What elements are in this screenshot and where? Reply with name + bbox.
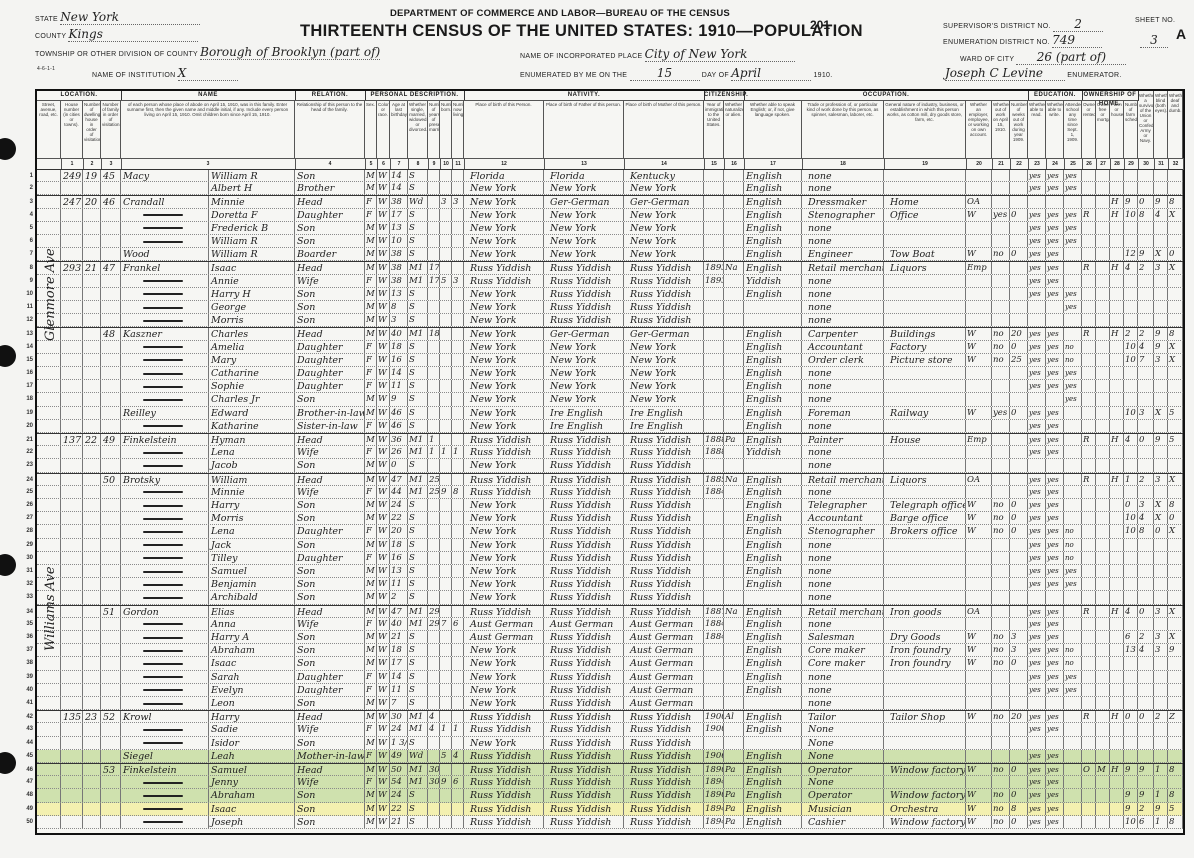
cell-pob: New York (464, 380, 544, 392)
cell-dwell (83, 209, 101, 221)
cell-pob: New York (464, 565, 544, 577)
cell-c31: X (1154, 248, 1168, 260)
county-label: County (35, 33, 66, 40)
cell-given: Jacob (209, 459, 295, 471)
cell-farm (1110, 671, 1124, 683)
cell-farm (1110, 803, 1124, 815)
cell-sex: M (365, 606, 377, 617)
column-header-nat: Whether naturalized or alien. (724, 100, 744, 158)
cell-surname (121, 578, 209, 590)
cell-mpob: Russ Yiddish (624, 539, 704, 551)
cell-sched (1124, 380, 1138, 392)
cell-write: yes (1046, 671, 1064, 683)
line-number: 39 (15, 671, 33, 684)
enumerated-day: 15 (630, 66, 700, 81)
cell-wks (1010, 459, 1028, 471)
cell-c31 (1154, 723, 1168, 735)
line-number: 36 (15, 631, 33, 644)
cell-eng (744, 314, 802, 326)
cell-read: yes (1028, 486, 1046, 498)
cell-ym (428, 380, 440, 392)
cell-nat (724, 393, 744, 405)
cell-born (440, 565, 452, 577)
cell-ind (884, 737, 966, 749)
cell-living (452, 671, 464, 683)
cell-imm (704, 170, 724, 181)
cell-rel: Son (295, 301, 365, 313)
cell-surname (121, 301, 209, 313)
cell-pob: Aust German (464, 618, 544, 630)
cell-imm (704, 565, 724, 577)
cell-own (1082, 539, 1096, 551)
cell-c31 (1154, 288, 1168, 300)
cell-born: 1 (440, 446, 452, 458)
cell-dwell (83, 248, 101, 260)
cell-emp: W (966, 789, 992, 801)
cell-fam (101, 644, 121, 656)
cell-sex: F (365, 341, 377, 353)
cell-write: yes (1046, 539, 1064, 551)
cell-read (1028, 459, 1046, 471)
ditto-mark (143, 399, 183, 401)
cell-emp: W (966, 328, 992, 339)
cell-emp (966, 446, 992, 458)
cell-house (61, 684, 83, 696)
cell-wks (1010, 235, 1028, 247)
cell-ym (428, 420, 440, 432)
cell-fam: 45 (101, 170, 121, 181)
cell-mpob: Russ Yiddish (624, 776, 704, 788)
cell-wks (1010, 539, 1028, 551)
cell-nat (724, 328, 744, 339)
cell-given: William (209, 474, 295, 485)
cell-emp: W (966, 803, 992, 815)
cell-given: Morris (209, 314, 295, 326)
cell-sex: F (365, 671, 377, 683)
cell-surname: Krowl (121, 711, 209, 722)
cell-farm (1110, 314, 1124, 326)
cell-born (440, 512, 452, 524)
cell-eng: English (744, 539, 802, 551)
cell-age: 18 (390, 539, 408, 551)
cell-age: 46 (390, 407, 408, 419)
cell-free (1096, 209, 1110, 221)
cell-oow (992, 552, 1010, 564)
cell-imm (704, 182, 724, 194)
cell-sex: F (365, 684, 377, 696)
cell-sex: F (365, 776, 377, 788)
cell-ms: M1 (408, 474, 428, 485)
cell-race: W (377, 803, 390, 815)
cell-born (440, 697, 452, 709)
cell-surname: Finkelstein (121, 434, 209, 445)
cell-ms: S (408, 803, 428, 815)
cell-rel: Son (295, 222, 365, 234)
cell-fam (101, 565, 121, 577)
cell-race: W (377, 631, 390, 643)
cell-emp (966, 737, 992, 749)
cell-given: Jack (209, 539, 295, 551)
cell-pob: Aust German (464, 631, 544, 643)
cell-born (440, 407, 452, 419)
cell-write (1046, 697, 1064, 709)
cell-c31: 0 (1154, 525, 1168, 537)
cell-rel: Daughter (295, 354, 365, 366)
table-row: 36Harry ASonMW21SAust GermanRuss Yiddish… (37, 631, 1183, 644)
ditto-mark (143, 307, 183, 309)
cell-oow: no (992, 354, 1010, 366)
cell-free (1096, 354, 1110, 366)
cell-c30 (1138, 367, 1154, 379)
cell-surname: Reilley (121, 407, 209, 419)
cell-mpob: Aust German (624, 657, 704, 669)
cell-fam (101, 723, 121, 735)
table-row: 421352352KrowlHarryHeadMW30M14Russ Yiddi… (37, 710, 1183, 723)
cell-c31 (1154, 170, 1168, 181)
cell-living (452, 578, 464, 590)
cell-c32 (1168, 578, 1183, 590)
cell-race: W (377, 248, 390, 260)
cell-read (1028, 301, 1046, 313)
cell-age: 22 (390, 512, 408, 524)
cell-street (37, 209, 61, 221)
cell-sched (1124, 446, 1138, 458)
ditto-mark (143, 293, 183, 295)
cell-write: yes (1046, 380, 1064, 392)
cell-dwell (83, 750, 101, 762)
cell-dwell: 23 (83, 711, 101, 722)
cell-oow: no (992, 525, 1010, 537)
cell-free (1096, 631, 1110, 643)
cell-free (1096, 525, 1110, 537)
cell-fam (101, 750, 121, 762)
cell-surname (121, 591, 209, 603)
cell-c32 (1168, 182, 1183, 194)
cell-nat (724, 248, 744, 260)
cell-nat (724, 170, 744, 181)
cell-own (1082, 723, 1096, 735)
cell-age: 16 (390, 552, 408, 564)
cell-farm (1110, 275, 1124, 287)
cell-nat: Pa (724, 764, 744, 775)
column-header-sex: Sex. (365, 100, 377, 158)
cell-ym (428, 525, 440, 537)
cell-ms: S (408, 591, 428, 603)
cell-given: Tilley (209, 552, 295, 564)
cell-wks (1010, 222, 1028, 234)
cell-surname (121, 565, 209, 577)
cell-c32: 8 (1168, 764, 1183, 775)
cell-c30 (1138, 380, 1154, 392)
cell-read: yes (1028, 525, 1046, 537)
cell-nat (724, 486, 744, 498)
cell-free (1096, 606, 1110, 617)
cell-living: 3 (452, 275, 464, 287)
cell-rel: Head (295, 196, 365, 207)
cell-fam (101, 803, 121, 815)
cell-age: 21 (390, 816, 408, 828)
cell-ms: S (408, 182, 428, 194)
cell-c32: X (1168, 341, 1183, 353)
cell-sched (1124, 737, 1138, 749)
cell-own (1082, 486, 1096, 498)
cell-emp: W (966, 657, 992, 669)
cell-c32 (1168, 486, 1183, 498)
cell-race: W (377, 393, 390, 405)
line-number: 13 (15, 328, 33, 341)
cell-ym: 1 (428, 446, 440, 458)
cell-read: yes (1028, 341, 1046, 353)
cell-living (452, 552, 464, 564)
cell-pob: New York (464, 182, 544, 194)
cell-pob: New York (464, 539, 544, 551)
cell-write: yes (1046, 407, 1064, 419)
cell-rel: Son (295, 657, 365, 669)
cell-ym (428, 816, 440, 828)
cell-born (440, 789, 452, 801)
cell-eng: English (744, 552, 802, 564)
cell-sex: M (365, 262, 377, 273)
cell-eng: English (744, 262, 802, 273)
cell-own (1082, 671, 1096, 683)
table-row: 23JacobSonMW0SNew YorkRuss YiddishRuss Y… (37, 459, 1183, 472)
cell-age: 49 (390, 750, 408, 762)
cell-dwell (83, 328, 101, 339)
cell-house (61, 248, 83, 260)
cell-house (61, 816, 83, 828)
cell-ms: M1 (408, 618, 428, 630)
cell-ym (428, 697, 440, 709)
cell-read (1028, 393, 1046, 405)
cell-race: W (377, 618, 390, 630)
cell-wks: 0 (1010, 764, 1028, 775)
cell-house (61, 222, 83, 234)
cell-rel: Mother-in-law (295, 750, 365, 762)
cell-house (61, 486, 83, 498)
cell-free (1096, 684, 1110, 696)
cell-c31: 9 (1154, 196, 1168, 207)
cell-sch (1064, 512, 1082, 524)
column-header-born: Number born. (440, 100, 452, 158)
cell-sch (1064, 816, 1082, 828)
cell-emp (966, 697, 992, 709)
cell-c30 (1138, 314, 1154, 326)
cell-ym (428, 671, 440, 683)
cell-write: yes (1046, 288, 1064, 300)
cell-wks: 0 (1010, 499, 1028, 511)
cell-sex: M (365, 328, 377, 339)
cell-sched (1124, 222, 1138, 234)
cell-sched (1124, 565, 1138, 577)
cell-fam (101, 499, 121, 511)
cell-c30 (1138, 552, 1154, 564)
cell-fpob: Russ Yiddish (544, 591, 624, 603)
ditto-mark (143, 821, 183, 823)
cell-farm (1110, 182, 1124, 194)
cell-imm (704, 512, 724, 524)
cell-born (440, 631, 452, 643)
ward-value: 26 (part of) (1016, 50, 1126, 65)
cell-sex: M (365, 737, 377, 749)
cell-living (452, 539, 464, 551)
cell-ym (428, 750, 440, 762)
cell-c32 (1168, 170, 1183, 181)
cell-ind: Window factory (884, 764, 966, 775)
cell-ind (884, 170, 966, 181)
cell-mpob: Russ Yiddish (624, 486, 704, 498)
line-number: 21 (15, 434, 33, 447)
cell-sex: M (365, 248, 377, 260)
cell-race: W (377, 341, 390, 353)
cell-born (440, 354, 452, 366)
cell-dwell (83, 737, 101, 749)
cell-rel: Daughter (295, 684, 365, 696)
cell-race: W (377, 578, 390, 590)
cell-fam (101, 539, 121, 551)
cell-mpob: Aust German (624, 631, 704, 643)
cell-trade: none (802, 591, 884, 603)
cell-dwell (83, 816, 101, 828)
cell-age: 0 (390, 459, 408, 471)
cell-ms: S (408, 301, 428, 313)
cell-fam (101, 222, 121, 234)
cell-fpob: Russ Yiddish (544, 631, 624, 643)
cell-ms: S (408, 737, 428, 749)
cell-race: W (377, 723, 390, 735)
cell-sch (1064, 618, 1082, 630)
cell-farm (1110, 578, 1124, 590)
cell-ym (428, 248, 440, 260)
cell-sex: F (365, 354, 377, 366)
cell-house: 135 (61, 711, 83, 722)
cell-own (1082, 170, 1096, 181)
cell-write: yes (1046, 512, 1064, 524)
cell-read (1028, 697, 1046, 709)
cell-mpob: Russ Yiddish (624, 737, 704, 749)
cell-ms: S (408, 578, 428, 590)
cell-dwell (83, 354, 101, 366)
cell-wks: 3 (1010, 644, 1028, 656)
enumerator-name: Joseph C Levine (945, 66, 1065, 81)
cell-born (440, 380, 452, 392)
line-number: 29 (15, 539, 33, 552)
cell-given: Harry H (209, 288, 295, 300)
cell-wks: 20 (1010, 328, 1028, 339)
line-number: 26 (15, 499, 33, 512)
cell-wks (1010, 301, 1028, 313)
cell-emp (966, 618, 992, 630)
cell-farm (1110, 354, 1124, 366)
line-number: 41 (15, 697, 33, 710)
cell-ms: M1 (408, 434, 428, 445)
cell-ym: 17 (428, 275, 440, 287)
cell-oow (992, 776, 1010, 788)
cell-ms: S (408, 459, 428, 471)
cell-born (440, 474, 452, 485)
column-header-emp: Whether an employer, employee, or workin… (966, 100, 992, 158)
cell-write: yes (1046, 486, 1064, 498)
punch-hole (0, 345, 16, 367)
cell-born: 9 (440, 486, 452, 498)
cell-given: Charles Jr (209, 393, 295, 405)
cell-surname (121, 235, 209, 247)
cell-ind (884, 222, 966, 234)
cell-wks (1010, 697, 1028, 709)
cell-rel: Son (295, 512, 365, 524)
cell-c30 (1138, 776, 1154, 788)
cell-rel: Daughter (295, 367, 365, 379)
line-number: 23 (15, 459, 33, 472)
cell-ym (428, 803, 440, 815)
cell-surname (121, 789, 209, 801)
cell-write (1046, 393, 1064, 405)
cell-born (440, 606, 452, 617)
cell-farm (1110, 446, 1124, 458)
cell-own: R (1082, 328, 1096, 339)
cell-wks (1010, 723, 1028, 735)
cell-born (440, 591, 452, 603)
cell-rel: Son (295, 459, 365, 471)
cell-surname (121, 314, 209, 326)
cell-trade: none (802, 170, 884, 181)
cell-emp: W (966, 512, 992, 524)
cell-fam (101, 275, 121, 287)
cell-age: 11 (390, 578, 408, 590)
cell-sex: F (365, 446, 377, 458)
cell-c30 (1138, 618, 1154, 630)
cell-read: yes (1028, 723, 1046, 735)
cell-trade: Cashier (802, 816, 884, 828)
cell-house (61, 235, 83, 247)
cell-fpob: New York (544, 354, 624, 366)
cell-fam: 51 (101, 606, 121, 617)
table-row: 4653FinkelsteinSamuelHeadMW50M130Russ Yi… (37, 763, 1183, 776)
column-header-dwell: Number of dwelling house in order of vis… (83, 100, 101, 158)
cell-dwell (83, 459, 101, 471)
cell-rel: Son (295, 631, 365, 643)
cell-surname: Frankel (121, 262, 209, 273)
cell-c30 (1138, 539, 1154, 551)
cell-c30: 4 (1138, 341, 1154, 353)
cell-oow (992, 182, 1010, 194)
cell-emp: W (966, 354, 992, 366)
cell-eng: Yiddish (744, 275, 802, 287)
cell-eng: English (744, 354, 802, 366)
cell-sched: 12 (1124, 248, 1138, 260)
cell-house (61, 764, 83, 775)
cell-sex: F (365, 723, 377, 735)
cell-c32 (1168, 380, 1183, 392)
cell-born (440, 209, 452, 221)
cell-fam (101, 552, 121, 564)
cell-c32 (1168, 591, 1183, 603)
cell-sched: 0 (1124, 711, 1138, 722)
cell-imm (704, 328, 724, 339)
cell-oow (992, 539, 1010, 551)
enumerator-label: Enumerator. (1067, 72, 1121, 79)
cell-race: W (377, 697, 390, 709)
cell-write: yes (1046, 248, 1064, 260)
cell-farm: H (1110, 328, 1124, 339)
cell-free (1096, 275, 1110, 287)
cell-fpob: Russ Yiddish (544, 697, 624, 709)
cell-pob: New York (464, 248, 544, 260)
cell-living (452, 354, 464, 366)
cell-wks: 0 (1010, 407, 1028, 419)
cell-mpob: Russ Yiddish (624, 565, 704, 577)
cell-trade: none (802, 380, 884, 392)
cell-ms: S (408, 644, 428, 656)
